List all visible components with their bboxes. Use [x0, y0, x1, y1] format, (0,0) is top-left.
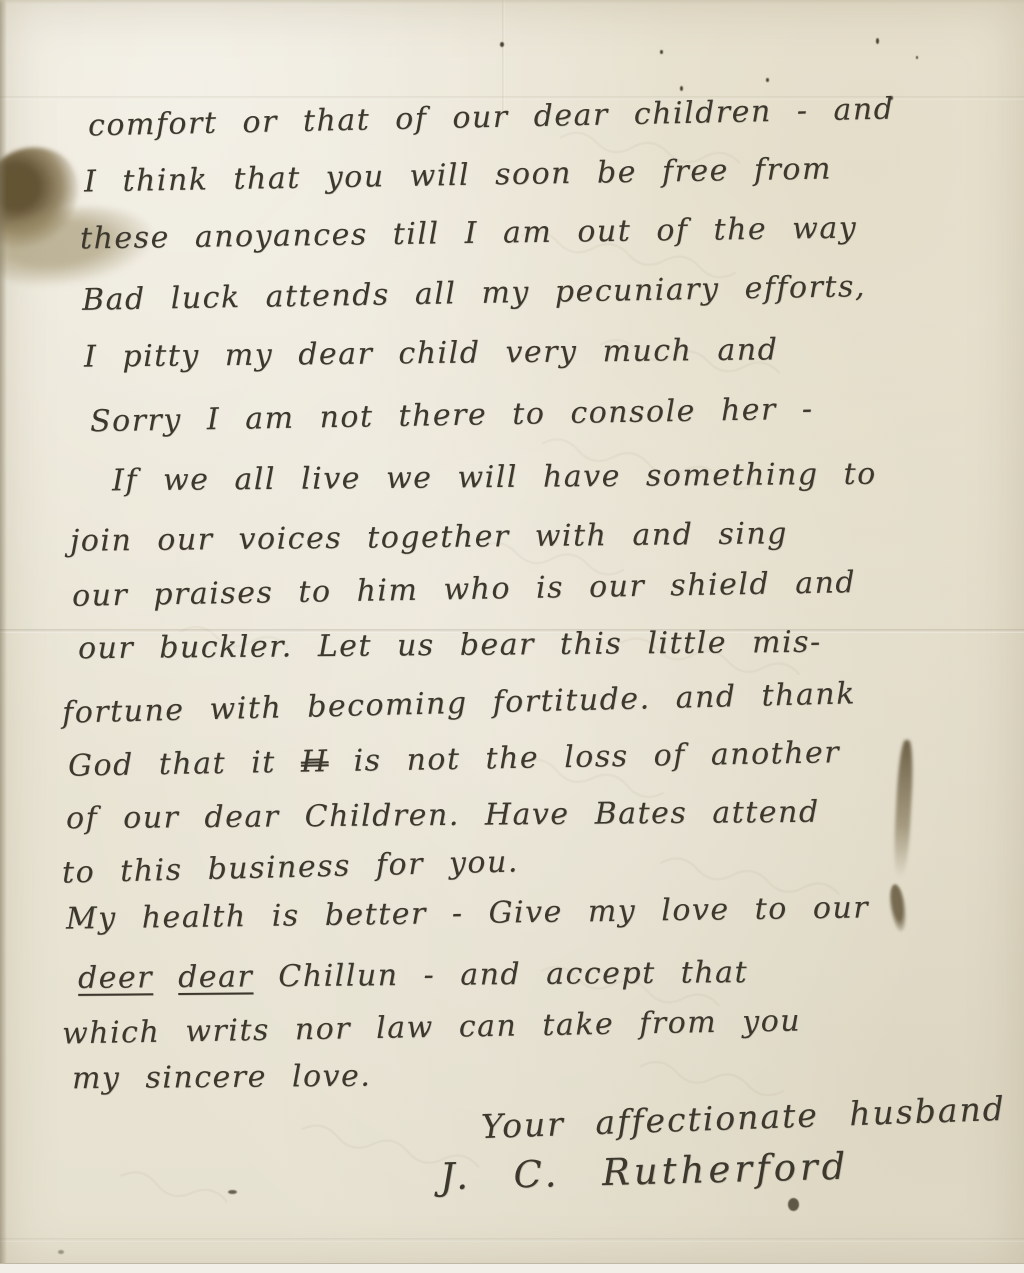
letter-line-2: I think that you will soon be free from — [84, 151, 832, 199]
handwritten-text: God that it — [68, 745, 301, 784]
letter-line-6: Sorry I am not there to console her - — [90, 392, 814, 440]
letter-line-4: Bad luck attends all my pecuniary effort… — [82, 269, 866, 318]
letter-line-16: deer dear Chillun - and accept that — [78, 955, 748, 996]
handwritten-text — [153, 960, 178, 995]
letter-line-8: join our voices together with and sing — [70, 516, 788, 559]
scan-edge-left — [0, 0, 7, 1273]
letter-line-7: If we all live we will have something to — [112, 457, 877, 499]
underlined-word: dear — [178, 959, 253, 995]
handwritten-text: fortune with becoming fortitude. and tha… — [62, 676, 857, 730]
letter-body: comfort or that of our dear children - a… — [0, 0, 1024, 1273]
letter-line-5: I pitty my dear child very much and — [84, 332, 779, 374]
letter-line-12: God that it H is not the loss of another — [68, 735, 841, 783]
letter-line-10: our buckler. Let us bear this little mis… — [78, 625, 822, 666]
handwritten-text: Sorry I am not there to console her - — [90, 392, 814, 440]
handwritten-text: my sincere love. — [72, 1059, 372, 1097]
handwritten-text: My health is better - Give my love to ou… — [66, 890, 869, 936]
letter-line-1: comfort or that of our dear children - a… — [88, 92, 895, 144]
letter-line-18: my sincere love. — [72, 1059, 372, 1097]
handwritten-text: Chillun - and accept that — [253, 955, 748, 994]
handwritten-text: join our voices together with and sing — [70, 516, 788, 559]
handwritten-text: our praises to him who is our shield and — [72, 565, 857, 614]
handwritten-text: which writs nor law can take from you — [62, 1004, 802, 1052]
handwritten-text: I think that you will soon be free from — [84, 151, 832, 199]
underlined-word: deer — [78, 960, 153, 996]
handwritten-text: is not the loss of another — [328, 735, 840, 779]
letter-line-13: of our dear Children. Have Bates attend — [66, 795, 820, 837]
handwritten-text: to this business for you. — [62, 844, 520, 890]
handwritten-text: Bad luck attends all my pecuniary effort… — [82, 269, 866, 318]
handwritten-text: of our dear Children. Have Bates attend — [66, 795, 820, 837]
scan-edge-top — [0, 0, 1024, 4]
handwritten-text: comfort or that of our dear children - a… — [88, 92, 895, 144]
handwritten-text: If we all live we will have something to — [112, 457, 877, 499]
scan-edge-bottom — [0, 1263, 1024, 1273]
handwritten-text: our buckler. Let us bear this little mis… — [78, 625, 822, 666]
letter-line-3: these anoyances till I am out of the way — [80, 211, 858, 257]
handwritten-text: these anoyances till I am out of the way — [80, 211, 858, 257]
handwritten-text: I pitty my dear child very much and — [84, 332, 779, 374]
letter-line-15: My health is better - Give my love to ou… — [66, 890, 869, 936]
scanned-letter-page: comfort or that of our dear children - a… — [0, 0, 1024, 1273]
struck-out-word: H — [301, 744, 329, 779]
letter-line-17: which writs nor law can take from you — [62, 1004, 802, 1052]
letter-line-9: our praises to him who is our shield and — [72, 565, 857, 614]
letter-line-14: to this business for you. — [62, 844, 520, 890]
letter-line-11: fortune with becoming fortitude. and tha… — [62, 676, 857, 730]
